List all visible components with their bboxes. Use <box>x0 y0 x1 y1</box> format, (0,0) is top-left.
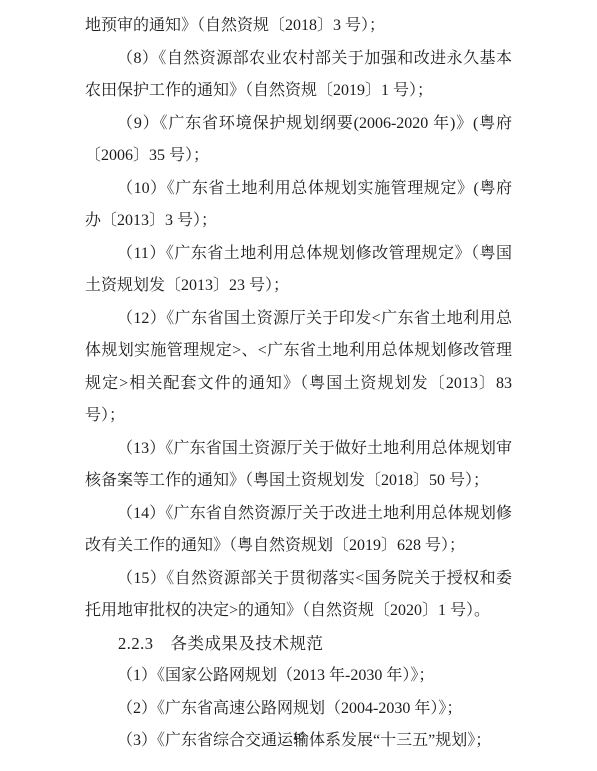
paragraph-item-7-continuation: 地预审的通知》（自然资规〔2018〕3 号）； <box>85 10 512 43</box>
page-number: 10 <box>0 728 597 746</box>
paragraph-item-11: （11）《广东省土地利用总体规划修改管理规定》（粤国土资规划发〔2013〕23 … <box>85 238 512 303</box>
paragraph-item-15: （15）《自然资源部关于贯彻落实<国务院关于授权和委托用地审批权的决定>的通知》… <box>85 563 512 628</box>
document-page: 地预审的通知》（自然资规〔2018〕3 号）； （8）《自然资源部农业农村部关于… <box>0 0 597 771</box>
paragraph-item-12: （12）《广东省国土资源厅关于印发<广东省土地利用总体规划实施管理规定>、<广东… <box>85 303 512 433</box>
section-heading-2-2-3: 2.2.3 各类成果及技术规范 <box>85 628 512 661</box>
paragraph-item-9: （9）《广东省环境保护规划纲要(2006-2020 年)》(粤府〔2006〕35… <box>85 108 512 173</box>
paragraph-item-8: （8）《自然资源部农业农村部关于加强和改进永久基本农田保护工作的通知》（自然资规… <box>85 43 512 108</box>
paragraph-item-10: （10）《广东省土地利用总体规划实施管理规定》(粤府办〔2013〕3 号）； <box>85 173 512 238</box>
paragraph-item-13: （13）《广东省国土资源厅关于做好土地利用总体规划审核备案等工作的通知》（粤国土… <box>85 433 512 498</box>
tech-list-item-1: （1）《国家公路网规划（2013 年-2030 年）》； <box>85 660 512 693</box>
paragraph-item-14: （14）《广东省自然资源厅关于改进土地利用总体规划修改有关工作的通知》（粤自然资… <box>85 498 512 563</box>
tech-list-item-2: （2）《广东省高速公路网规划（2004-2030 年）》； <box>85 693 512 726</box>
document-body: 地预审的通知》（自然资规〔2018〕3 号）； （8）《自然资源部农业农村部关于… <box>85 10 512 758</box>
